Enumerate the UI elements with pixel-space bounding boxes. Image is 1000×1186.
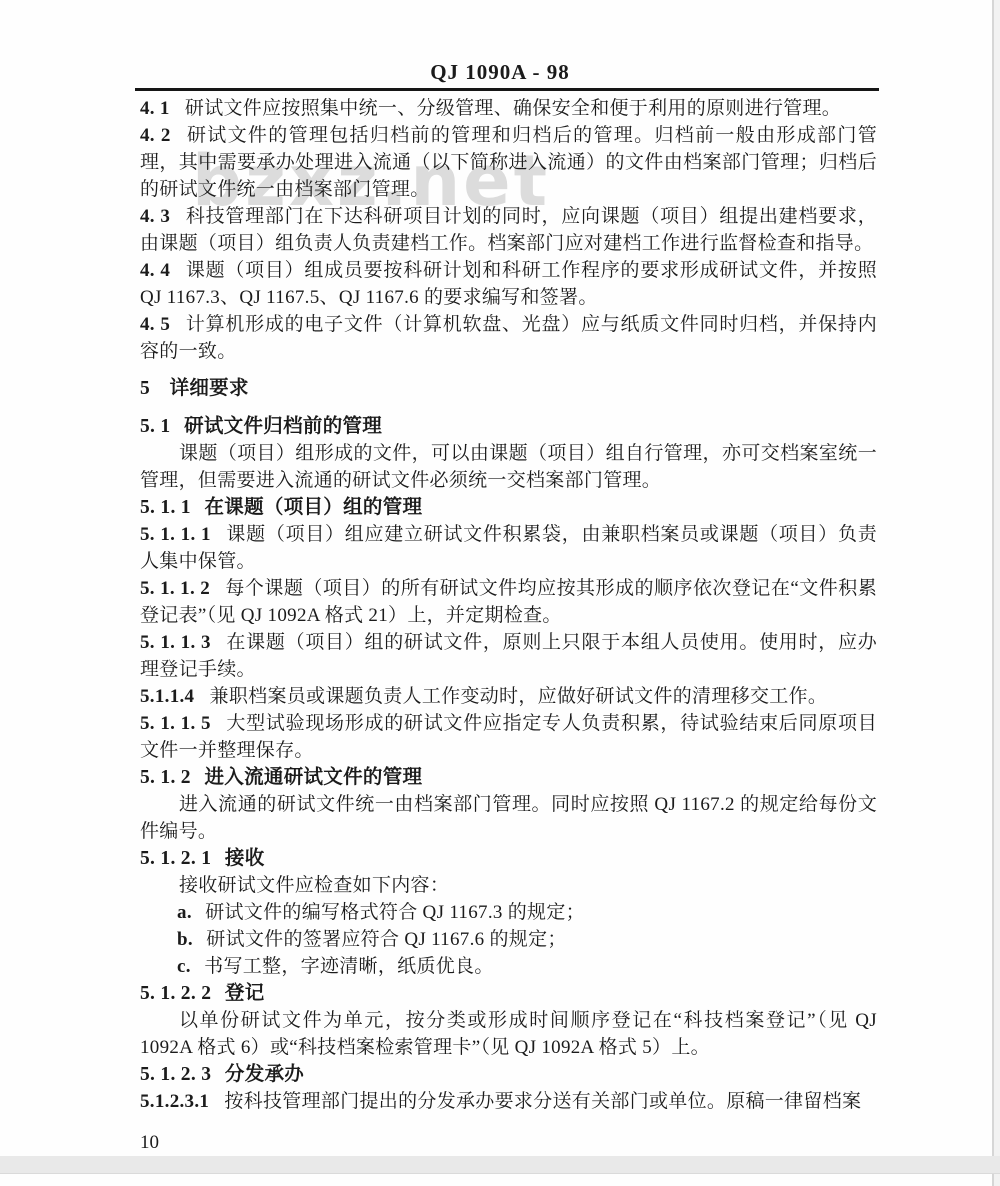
page-number: 10 [140, 1129, 877, 1156]
clause-number: 5. 1 [140, 416, 170, 437]
clause-number: 5. 1. 1. 3 [140, 632, 211, 653]
document-page: bzxz.net QJ 1090A - 98 4. 1研试文件应按照集中统一、分… [0, 0, 1000, 1186]
clause-number: a. [177, 902, 192, 923]
clause-text: 科技管理部门在下达科研项目计划的同时，应向课题（项目）组提出建档要求，由课题（项… [140, 206, 877, 254]
clause-number: 5.1.2.3.1 [140, 1091, 209, 1112]
paragraph: 进入流通的研试文件统一由档案部门管理。同时应按照 QJ 1167.2 的规定给每… [140, 791, 877, 845]
clause-text: 进入流通的研试文件统一由档案部门管理。同时应按照 QJ 1167.2 的规定给每… [140, 794, 877, 842]
clause-text: 研试文件归档前的管理 [184, 416, 382, 437]
clause-text: 详细要求 [170, 378, 249, 399]
clause-text: 研试文件应按照集中统一、分级管理、确保安全和便于利用的原则进行管理。 [185, 98, 841, 119]
paragraph: 5. 1. 2. 2登记 [140, 980, 877, 1007]
clause-text: 在课题（项目）组的管理 [205, 497, 423, 518]
clause-text: 分发承办 [225, 1064, 304, 1085]
clause-text: 计算机形成的电子文件（计算机软盘、光盘）应与纸质文件同时归档，并保持内容的一致。 [140, 314, 877, 362]
clause-number: 5. 1. 2. 1 [140, 848, 211, 869]
clause-number: 4. 5 [140, 314, 170, 335]
paragraph: 5. 1. 1. 1课题（项目）组应建立研试文件积累袋，由兼职档案员或课题（项目… [140, 521, 877, 575]
paragraph: 5. 1. 1. 5大型试验现场形成的研试文件应指定专人负责积累，待试验结束后同… [140, 710, 877, 764]
clause-text: 兼职档案员或课题负责人工作变动时，应做好研试文件的清理移交工作。 [210, 686, 828, 707]
clause-text: 大型试验现场形成的研试文件应指定专人负责积累，待试验结束后同原项目文件一并整理保… [140, 713, 877, 761]
clause-number: 4. 4 [140, 260, 170, 281]
clause-text: 每个课题（项目）的所有研试文件均应按其形成的顺序依次登记在“文件积累登记表”（见… [140, 578, 877, 626]
paragraph: 4. 3科技管理部门在下达科研项目计划的同时，应向课题（项目）组提出建档要求，由… [140, 203, 877, 257]
clause-text: 接收 [225, 848, 265, 869]
clause-number: c. [177, 956, 191, 977]
paragraph: 4. 2研试文件的管理包括归档前的管理和归档后的管理。归档前一般由形成部门管理，… [140, 122, 877, 203]
paragraph: 4. 1研试文件应按照集中统一、分级管理、确保安全和便于利用的原则进行管理。 [140, 95, 877, 122]
paragraph: a.研试文件的编写格式符合 QJ 1167.3 的规定； [140, 899, 877, 926]
clause-number: 5. 1. 2. 2 [140, 983, 211, 1004]
clause-text: 进入流通研试文件的管理 [205, 767, 423, 788]
paragraph: 5. 1. 1在课题（项目）组的管理 [140, 494, 877, 521]
paragraph: 5. 1. 1. 2每个课题（项目）的所有研试文件均应按其形成的顺序依次登记在“… [140, 575, 877, 629]
document-content: 4. 1研试文件应按照集中统一、分级管理、确保安全和便于利用的原则进行管理。4.… [140, 95, 877, 1156]
clause-text: 课题（项目）组应建立研试文件积累袋，由兼职档案员或课题（项目）负责人集中保管。 [140, 524, 877, 572]
clause-number: 5 [140, 378, 150, 399]
paragraph: 5.1.1.4兼职档案员或课题负责人工作变动时，应做好研试文件的清理移交工作。 [140, 683, 877, 710]
clause-number: 5. 1. 1. 5 [140, 713, 211, 734]
clause-number: 5. 1. 2 [140, 767, 191, 788]
paragraph: 5.1.2.3.1按科技管理部门提出的分发承办要求分送有关部门或单位。原稿一律留… [140, 1088, 877, 1115]
paragraph: b.研试文件的签署应符合 QJ 1167.6 的规定； [140, 926, 877, 953]
clause-number: 5. 1. 1. 2 [140, 578, 210, 599]
paragraph: 5. 1研试文件归档前的管理 [140, 413, 877, 440]
clause-number: 5. 1. 1. 1 [140, 524, 211, 545]
scan-bottom-bar [0, 1156, 1000, 1174]
clause-text: 课题（项目）组形成的文件，可以由课题（项目）组自行管理，亦可交档案室统一管理，但… [140, 443, 877, 491]
clause-text: 在课题（项目）组的研试文件，原则上只限于本组人员使用。使用时，应办理登记手续。 [140, 632, 877, 680]
clause-text: 书写工整，字迹清晰，纸质优良。 [204, 956, 494, 977]
paragraph: 5. 1. 2. 1接收 [140, 845, 877, 872]
paragraph: 5. 1. 2. 3分发承办 [140, 1061, 877, 1088]
clause-number: 4. 1 [140, 98, 170, 119]
paragraph: 5详细要求 [140, 375, 877, 402]
clause-text: 接收研试文件应检查如下内容： [179, 875, 449, 896]
clause-number: b. [177, 929, 193, 950]
clause-number: 5. 1. 2. 3 [140, 1064, 211, 1085]
paragraph: 5. 1. 1. 3在课题（项目）组的研试文件，原则上只限于本组人员使用。使用时… [140, 629, 877, 683]
paragraph: 4. 4课题（项目）组成员要按科研计划和科研工作程序的要求形成研试文件，并按照 … [140, 257, 877, 311]
clause-number: 5. 1. 1 [140, 497, 191, 518]
standard-number-header: QJ 1090A - 98 [0, 60, 1000, 85]
header-rule [135, 88, 879, 91]
clause-number: 4. 2 [140, 125, 171, 146]
clause-text: 以单份研试文件为单元，按分类或形成时间顺序登记在“科技档案登记”（见 QJ 10… [140, 1010, 877, 1058]
paragraph: 4. 5计算机形成的电子文件（计算机软盘、光盘）应与纸质文件同时归档，并保持内容… [140, 311, 877, 365]
clause-number: 5.1.1.4 [140, 686, 194, 707]
clause-text: 研试文件的管理包括归档前的管理和归档后的管理。归档前一般由形成部门管理，其中需要… [140, 125, 877, 200]
clause-text: 研试文件的编写格式符合 QJ 1167.3 的规定； [205, 902, 585, 923]
paragraph: 5. 1. 2进入流通研试文件的管理 [140, 764, 877, 791]
scan-right-edge [992, 0, 1000, 1186]
paragraph: 课题（项目）组形成的文件，可以由课题（项目）组自行管理，亦可交档案室统一管理，但… [140, 440, 877, 494]
clause-text: 按科技管理部门提出的分发承办要求分送有关部门或单位。原稿一律留档案 [224, 1091, 861, 1112]
paragraph: 以单份研试文件为单元，按分类或形成时间顺序登记在“科技档案登记”（见 QJ 10… [140, 1007, 877, 1061]
clause-text: 研试文件的签署应符合 QJ 1167.6 的规定； [206, 929, 566, 950]
clause-text: 课题（项目）组成员要按科研计划和科研工作程序的要求形成研试文件，并按照 QJ 1… [140, 260, 877, 308]
paragraph: c.书写工整，字迹清晰，纸质优良。 [140, 953, 877, 980]
clause-text: 登记 [225, 983, 265, 1004]
clause-number: 4. 3 [140, 206, 170, 227]
paragraph: 接收研试文件应检查如下内容： [140, 872, 877, 899]
